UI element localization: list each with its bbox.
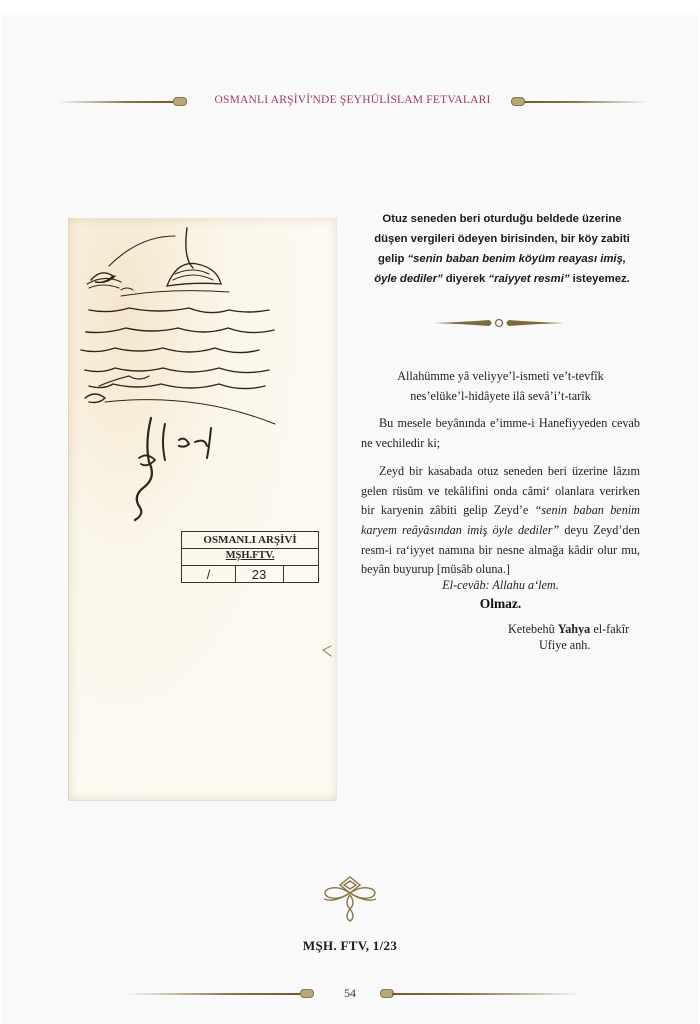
header-rule-right xyxy=(524,101,649,103)
summary-quote: öyle dediler” xyxy=(374,273,442,285)
question-body: Zeyd bir kasabada otuz seneden beri üzer… xyxy=(361,462,640,580)
archive-document-scan: OSMANLI ARŞİVİ MŞH.FTV. / 23 xyxy=(68,218,337,801)
summary-text: gelip xyxy=(378,253,408,265)
signature-text: Ketebehû xyxy=(508,622,558,636)
fatwa-summary: Otuz seneden beri oturduğu beldede üzeri… xyxy=(343,209,661,289)
stamp-collection-code: MŞH.FTV. xyxy=(182,549,318,563)
signature-name: Yahya xyxy=(558,622,591,636)
summary-line: düşen vergileri ödeyen birisinden, bir k… xyxy=(343,229,661,249)
signature-text: el-fakîr xyxy=(590,622,629,636)
footer-rule-right xyxy=(392,993,582,995)
archive-reference: MŞH. FTV, 1/23 xyxy=(0,938,700,954)
summary-line: öyle dediler” diyerek “raiyyet resmi” is… xyxy=(343,269,661,289)
footer-rule-left xyxy=(125,993,300,995)
summary-line: gelip “senin baban benim köyüm reayası i… xyxy=(343,249,661,269)
page-footer: 54 xyxy=(0,984,700,1004)
divider-ornament-icon xyxy=(434,316,564,330)
knot-ornament-icon xyxy=(320,873,380,923)
signature-line: Ketebehû Yahya el-fakîr xyxy=(508,622,629,637)
archive-stamp: OSMANLI ARŞİVİ MŞH.FTV. / 23 xyxy=(181,531,319,583)
running-title: OSMANLI ARŞİVİ'NDE ŞEYHÜLİSLAM FETVALARI xyxy=(200,94,505,106)
summary-text: diyerek xyxy=(443,273,489,285)
ottoman-calligraphy-image xyxy=(69,218,337,800)
header-finial-ornament-icon xyxy=(511,97,525,106)
signature-line-2: Ufiye anh. xyxy=(539,638,590,653)
footer-finial-ornament-icon xyxy=(300,989,314,998)
stamp-number-row: / 23 xyxy=(182,565,318,583)
invocation-line: Allahümme yâ veliyye’l-ismeti ve’t-tevfî… xyxy=(361,367,640,387)
stamp-cell-number: 23 xyxy=(235,566,284,583)
summary-line: Otuz seneden beri oturduğu beldede üzeri… xyxy=(343,209,661,229)
question-intro: Bu mesele beyânında e’imme-i Hanefiyyede… xyxy=(361,414,640,453)
stamp-cell-extra xyxy=(283,566,319,583)
header-finial-ornament-icon xyxy=(173,97,187,106)
invocation-line: nes’elüke’l-hidâyete ilâ sevâ’i’t-tarîk xyxy=(361,387,640,407)
fatwa-text: Allahümme yâ veliyye’l-ismeti ve’t-tevfî… xyxy=(361,367,640,580)
summary-quote: “senin baban benim köyüm reayası imiş, xyxy=(408,253,627,265)
page-number: 54 xyxy=(330,986,370,1001)
fatwa-answer: Olmaz. xyxy=(361,596,640,612)
stamp-cell-folder: / xyxy=(182,566,236,583)
header-rule-left xyxy=(58,101,173,103)
summary-text: isteyemez. xyxy=(570,273,630,285)
stamp-archive-name: OSMANLI ARŞİVİ xyxy=(182,533,318,549)
answer-formula: El-cevâb: Allahu a‘lem. xyxy=(361,578,640,593)
summary-quote: “raiyyet resmi” xyxy=(488,273,569,285)
running-header: OSMANLI ARŞİVİ'NDE ŞEYHÜLİSLAM FETVALARI xyxy=(0,90,700,114)
